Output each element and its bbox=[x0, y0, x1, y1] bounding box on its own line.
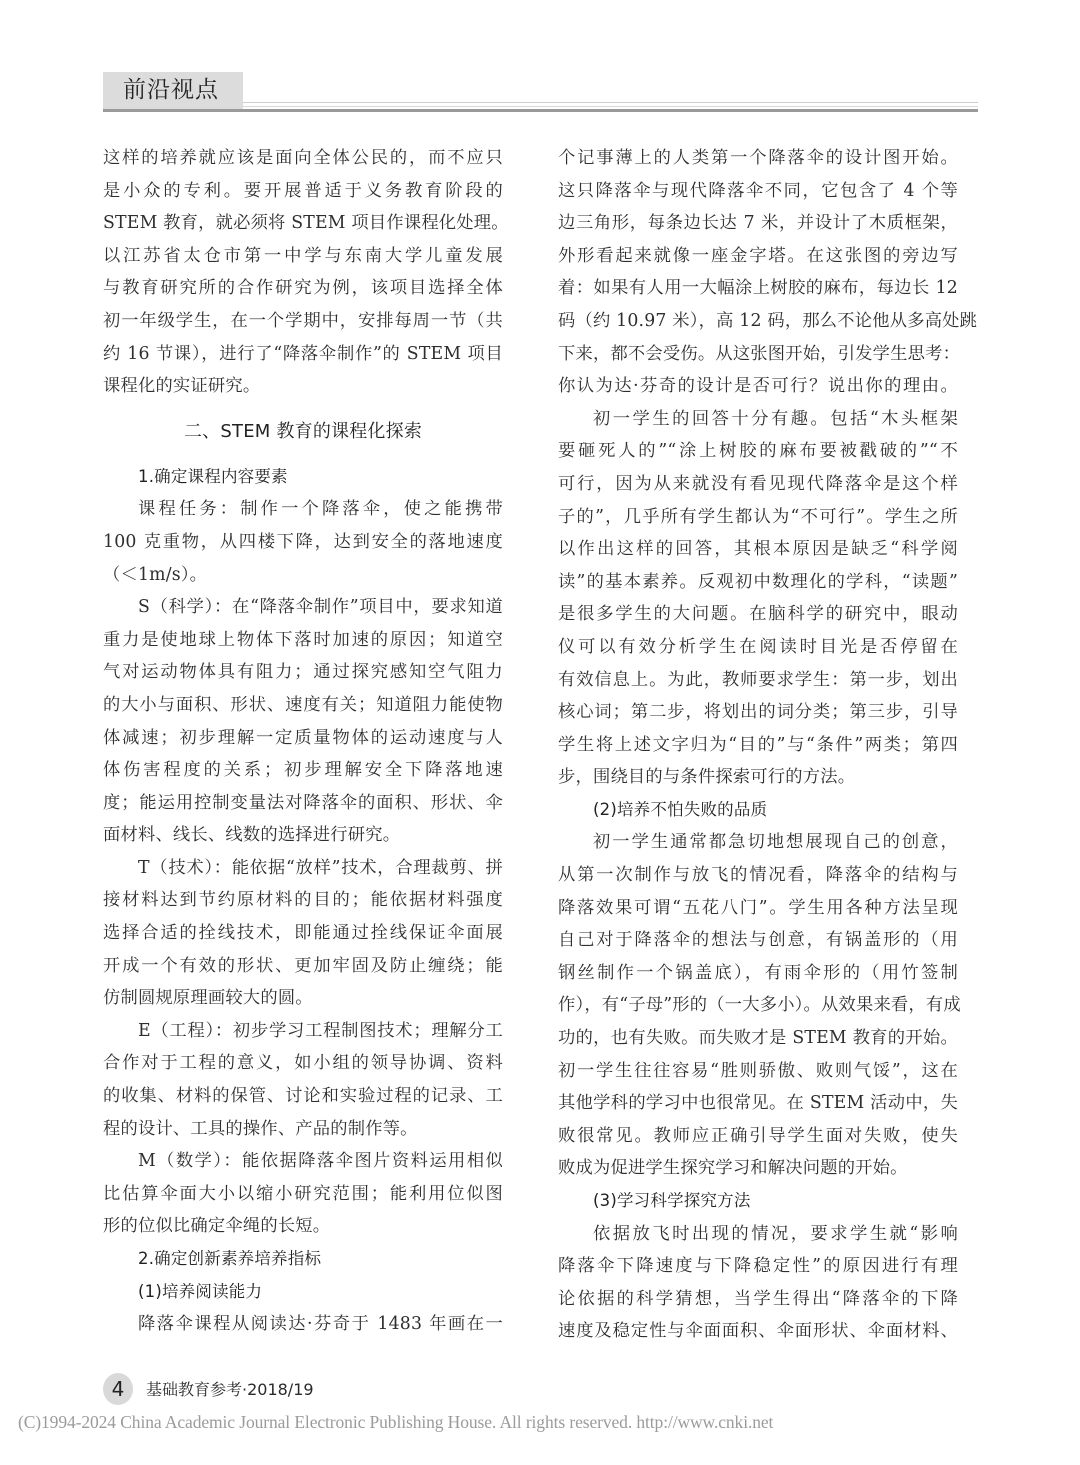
body-text-line: 与教育研究所的合作研究为例，该项目选择全体 bbox=[103, 272, 503, 305]
body-text-line: 形的位似比确定伞绳的长短。 bbox=[103, 1210, 503, 1243]
body-text-line: 着：如果有人用一大幅涂上树胶的麻布，每边长 12 bbox=[558, 272, 958, 305]
body-text-line: 有效信息上。为此，教师要求学生：第一步，划出 bbox=[558, 664, 958, 697]
body-text-line: 的大小与面积、形状、速度有关；知道阻力能使物 bbox=[103, 689, 503, 722]
body-text-line: 选择合适的拴线技术，即能通过拴线保证伞面展 bbox=[103, 917, 503, 950]
body-text-line: 合作对于工程的意义，如小组的领导协调、资料 bbox=[103, 1047, 503, 1080]
body-text-line: 学生将上述文字归为“目的”与“条件”两类；第四 bbox=[558, 729, 958, 762]
body-text-line: 初一年级学生，在一个学期中，安排每周一节（共 bbox=[103, 305, 503, 338]
body-text-line: 读”的基本素养。反观初中数理化的学科，“读题” bbox=[558, 566, 958, 599]
body-text-line: 重力是使地球上物体下落时加速的原因；知道空 bbox=[103, 624, 503, 657]
body-text-line: 个记事薄上的人类第一个降落伞的设计图开始。 bbox=[558, 142, 958, 175]
paragraph-first-line: 初一学生通常都急切地想展现自己的创意， bbox=[558, 826, 958, 859]
body-text-line: 要砸死人的”“涂上树胶的麻布要被戳破的”“不 bbox=[558, 435, 958, 468]
left-column: 这样的培养就应该是面向全体公民的，而不应只是小众的专利。要开展普适于义务教育阶段… bbox=[103, 142, 503, 1341]
body-text-line: 体伤害程度的关系；初步理解安全下降落地速 bbox=[103, 754, 503, 787]
body-text-line: 这只降落伞与现代降落伞不同，它包含了 4 个等 bbox=[558, 175, 958, 208]
body-text-line: STEM 教育，就必须将 STEM 项目作课程化处理。 bbox=[103, 207, 503, 240]
sub-heading: 2.确定创新素养培养指标 bbox=[103, 1243, 503, 1276]
sub-heading: (3)学习科学探究方法 bbox=[558, 1185, 958, 1218]
body-text-line: 体减速；初步理解一定质量物体的运动速度与人 bbox=[103, 722, 503, 755]
paragraph-first-line: E（工程）：初步学习工程制图技术；理解分工 bbox=[103, 1015, 503, 1048]
sub-heading: 1.确定课程内容要素 bbox=[103, 461, 503, 494]
body-text-line: 核心词；第二步，将划出的词分类；第三步，引导 bbox=[558, 696, 958, 729]
body-text-line: 100 克重物，从四楼下降，达到安全的落地速度 bbox=[103, 526, 503, 559]
body-text-line: 降落伞下降速度与下降稳定性”的原因进行有理 bbox=[558, 1250, 958, 1283]
body-text-line: 降落效果可谓“五花八门”。学生用各种方法呈现 bbox=[558, 892, 958, 925]
section-heading: 二、STEM 教育的课程化探索 bbox=[103, 403, 503, 461]
page-number: 4 bbox=[103, 1373, 133, 1405]
right-column: 个记事薄上的人类第一个降落伞的设计图开始。这只降落伞与现代降落伞不同，它包含了 … bbox=[558, 142, 958, 1348]
paragraph-first-line: T（技术）：能依据“放样”技术，合理裁剪、拼 bbox=[103, 852, 503, 885]
body-text-line: 自己对于降落伞的想法与创意，有锅盖形的（用 bbox=[558, 924, 958, 957]
body-text-line: 程的设计、工具的操作、产品的制作等。 bbox=[103, 1113, 503, 1146]
body-text-line: 面材料、线长、线数的选择进行研究。 bbox=[103, 819, 503, 852]
body-text-line: 你认为达·芬奇的设计是否可行？说出你的理由。 bbox=[558, 370, 958, 403]
body-text-line: 是很多学生的大问题。在脑科学的研究中，眼动 bbox=[558, 598, 958, 631]
paragraph-first-line: 依据放飞时出现的情况，要求学生就“影响 bbox=[558, 1218, 958, 1251]
header-rule-thick bbox=[103, 109, 978, 112]
body-text-line: 以江苏省太仓市第一中学与东南大学儿童发展 bbox=[103, 240, 503, 273]
body-text-line: 下来，都不会受伤。从这张图开始，引发学生思考： bbox=[558, 338, 958, 371]
body-text-line: 以作出这样的回答，其根本原因是缺乏“科学阅 bbox=[558, 533, 958, 566]
sub-heading: (1)培养阅读能力 bbox=[103, 1276, 503, 1309]
journal-citation: 基础教育参考·2018/19 bbox=[146, 1377, 314, 1400]
body-text-line: 速度及稳定性与伞面面积、伞面形状、伞面材料、 bbox=[558, 1315, 958, 1348]
body-text-line: 码（约 10.97 米），高 12 码，那么不论他从多高处跳 bbox=[558, 305, 958, 338]
body-text-line: 比估算伞面大小以缩小研究范围；能利用位似图 bbox=[103, 1178, 503, 1211]
body-text-line: 课程化的实证研究。 bbox=[103, 370, 503, 403]
body-text-line: 度；能运用控制变量法对降落伞的面积、形状、伞 bbox=[103, 787, 503, 820]
copyright-notice: (C)1994-2024 China Academic Journal Elec… bbox=[18, 1412, 773, 1433]
body-text-line: 可行，因为从来就没有看见现代降落伞是这个样 bbox=[558, 468, 958, 501]
body-text-line: 步，围绕目的与条件探索可行的方法。 bbox=[558, 761, 958, 794]
paragraph-first-line: M（数学）：能依据降落伞图片资料运用相似 bbox=[103, 1145, 503, 1178]
running-header: 前沿视点 bbox=[103, 72, 978, 112]
body-text-line: （＜1m/s）。 bbox=[103, 559, 503, 592]
body-text-line: 初一学生往往容易“胜则骄傲、败则气馁”，这在 bbox=[558, 1055, 958, 1088]
body-text-line: 气对运动物体具有阻力；通过探究感知空气阻力 bbox=[103, 656, 503, 689]
body-text-line: 这样的培养就应该是面向全体公民的，而不应只 bbox=[103, 142, 503, 175]
body-text-line: 钢丝制作一个锅盖底），有雨伞形的（用竹签制 bbox=[558, 957, 958, 990]
body-text-line: 边三角形，每条边长达 7 米，并设计了木质框架， bbox=[558, 207, 958, 240]
body-text-line: 是小众的专利。要开展普适于义务教育阶段的 bbox=[103, 175, 503, 208]
body-text-line: 子的”，几乎所有学生都认为“不可行”。学生之所 bbox=[558, 501, 958, 534]
body-text-line: 败成为促进学生探究学习和解决问题的开始。 bbox=[558, 1152, 958, 1185]
paragraph-first-line: S（科学）：在“降落伞制作”项目中，要求知道 bbox=[103, 591, 503, 624]
body-text-line: 作），有“子母”形的（一大多小）。从效果来看，有成 bbox=[558, 989, 958, 1022]
paragraph-first-line: 初一学生的回答十分有趣。包括“木头框架 bbox=[558, 403, 958, 436]
section-label: 前沿视点 bbox=[103, 72, 243, 109]
body-text-line: 功的，也有失败。而失败才是 STEM 教育的开始。 bbox=[558, 1022, 958, 1055]
body-text-line: 开成一个有效的形状、更加牢固及防止缠绕；能 bbox=[103, 950, 503, 983]
body-text-line: 从第一次制作与放飞的情况看，降落伞的结构与 bbox=[558, 859, 958, 892]
body-text-line: 仿制圆规原理画较大的圆。 bbox=[103, 982, 503, 1015]
paragraph-first-line: 课程任务：制作一个降落伞，使之能携带 bbox=[103, 493, 503, 526]
paragraph-first-line: 降落伞课程从阅读达·芬奇于 1483 年画在一 bbox=[103, 1308, 503, 1341]
header-rule-thin bbox=[243, 106, 978, 107]
header-rule-thin bbox=[243, 102, 978, 103]
body-text-line: 其他学科的学习中也很常见。在 STEM 活动中，失 bbox=[558, 1087, 958, 1120]
body-text-line: 接材料达到节约原材料的目的；能依据材料强度 bbox=[103, 884, 503, 917]
body-text-line: 约 16 节课），进行了“降落伞制作”的 STEM 项目 bbox=[103, 338, 503, 371]
body-text-line: 仪可以有效分析学生在阅读时目光是否停留在 bbox=[558, 631, 958, 664]
body-text-line: 败很常见。教师应正确引导学生面对失败，使失 bbox=[558, 1120, 958, 1153]
body-text-line: 论依据的科学猜想，当学生得出“降落伞的下降 bbox=[558, 1283, 958, 1316]
sub-heading: (2)培养不怕失败的品质 bbox=[558, 794, 958, 827]
body-text-line: 外形看起来就像一座金字塔。在这张图的旁边写 bbox=[558, 240, 958, 273]
body-text-line: 的收集、材料的保管、讨论和实验过程的记录、工 bbox=[103, 1080, 503, 1113]
